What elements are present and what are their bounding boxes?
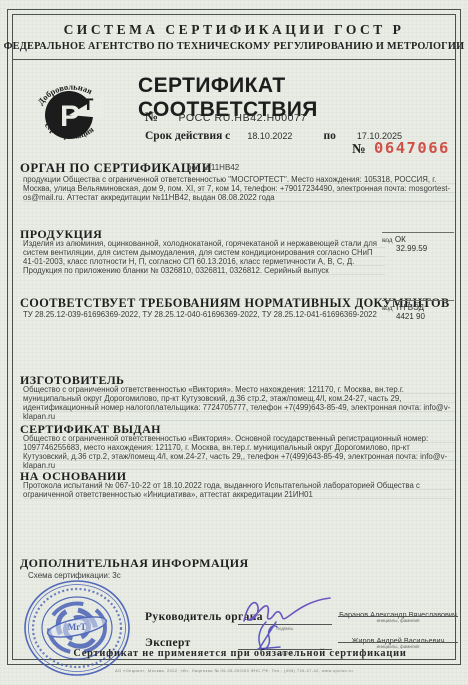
rst-monogram: Р Т bbox=[45, 91, 104, 139]
header-divider-line bbox=[12, 59, 456, 60]
certification-body-reg-number: рег. №11НВ42 bbox=[187, 163, 239, 172]
validity-to-label: по bbox=[323, 130, 335, 142]
tnved-code-name: ТН ВЭД bbox=[395, 303, 424, 312]
blank-number-sign: № bbox=[352, 141, 366, 156]
number-sign: № bbox=[145, 109, 158, 124]
additional-info-heading: ДОПОЛНИТЕЛЬНАЯ ИНФОРМАЦИЯ bbox=[20, 556, 249, 571]
certification-system-title: СИСТЕМА СЕРТИФИКАЦИИ ГОСТ Р bbox=[0, 22, 468, 38]
ok-code-name: ОК bbox=[395, 235, 406, 244]
tnved-code-box: код ТН ВЭД 4421 90 bbox=[382, 300, 454, 321]
tnved-code-value: 4421 90 bbox=[396, 312, 454, 321]
certification-body-heading: ОРГАН ПО СЕРТИФИКАЦИИ bbox=[20, 161, 212, 176]
ok-code-prefix: код bbox=[382, 235, 393, 244]
rst-voluntary-certification-logo: Добровольная сертификация Р Т bbox=[26, 72, 118, 161]
certificate-number: РОСС RU.НВ42.Н00077 bbox=[179, 112, 307, 124]
head-name-caption: инициалы, фамилия bbox=[338, 618, 458, 623]
valid-from-date: 18.10.2022 bbox=[247, 131, 292, 141]
product-text: Изделия из алюминия, оцинкованной, холод… bbox=[23, 239, 385, 275]
ok-code-rule bbox=[382, 232, 454, 233]
ok-code-box: код ОК 32.99.59 bbox=[382, 232, 454, 253]
mandatory-certification-note: Сертификат не применяется при обязательн… bbox=[40, 648, 440, 659]
logo-letter-p: Р bbox=[60, 100, 80, 133]
printer-imprint: АО «Опцион», Москва, 2022, «В». Лицензия… bbox=[0, 668, 468, 673]
agency-title: ФЕДЕРАЛЬНОЕ АГЕНТСТВО ПО ТЕХНИЧЕСКОМУ РЕ… bbox=[0, 41, 468, 52]
issued-to-text: Общество с ограниченной ответственностью… bbox=[23, 434, 457, 470]
compliance-text: ТУ 28.25.12-039-61696369-2022, ТУ 28.25.… bbox=[23, 310, 378, 319]
certification-body-text: продукции Общества с ограниченной ответс… bbox=[23, 175, 455, 202]
manufacturer-text: Общество с ограниченной ответственностью… bbox=[23, 385, 457, 421]
basis-text: Протокола испытаний № 067-10-22 от 18.10… bbox=[23, 481, 453, 499]
tnved-code-prefix: код bbox=[382, 303, 393, 312]
certificate-number-row: № РОСС RU.НВ42.Н00077 bbox=[145, 108, 307, 126]
tnved-code-rule bbox=[382, 300, 454, 301]
stamp-center-text: МгТ bbox=[68, 622, 87, 632]
expert-name-line bbox=[338, 642, 458, 643]
validity-label: Срок действия с bbox=[145, 130, 230, 142]
head-name-line bbox=[338, 616, 458, 617]
logo-letter-t: Т bbox=[83, 95, 94, 114]
blank-number-row: № 0647066 bbox=[352, 139, 450, 158]
blank-number: 0647066 bbox=[374, 139, 450, 157]
ok-code-value: 32.99.59 bbox=[396, 244, 454, 253]
